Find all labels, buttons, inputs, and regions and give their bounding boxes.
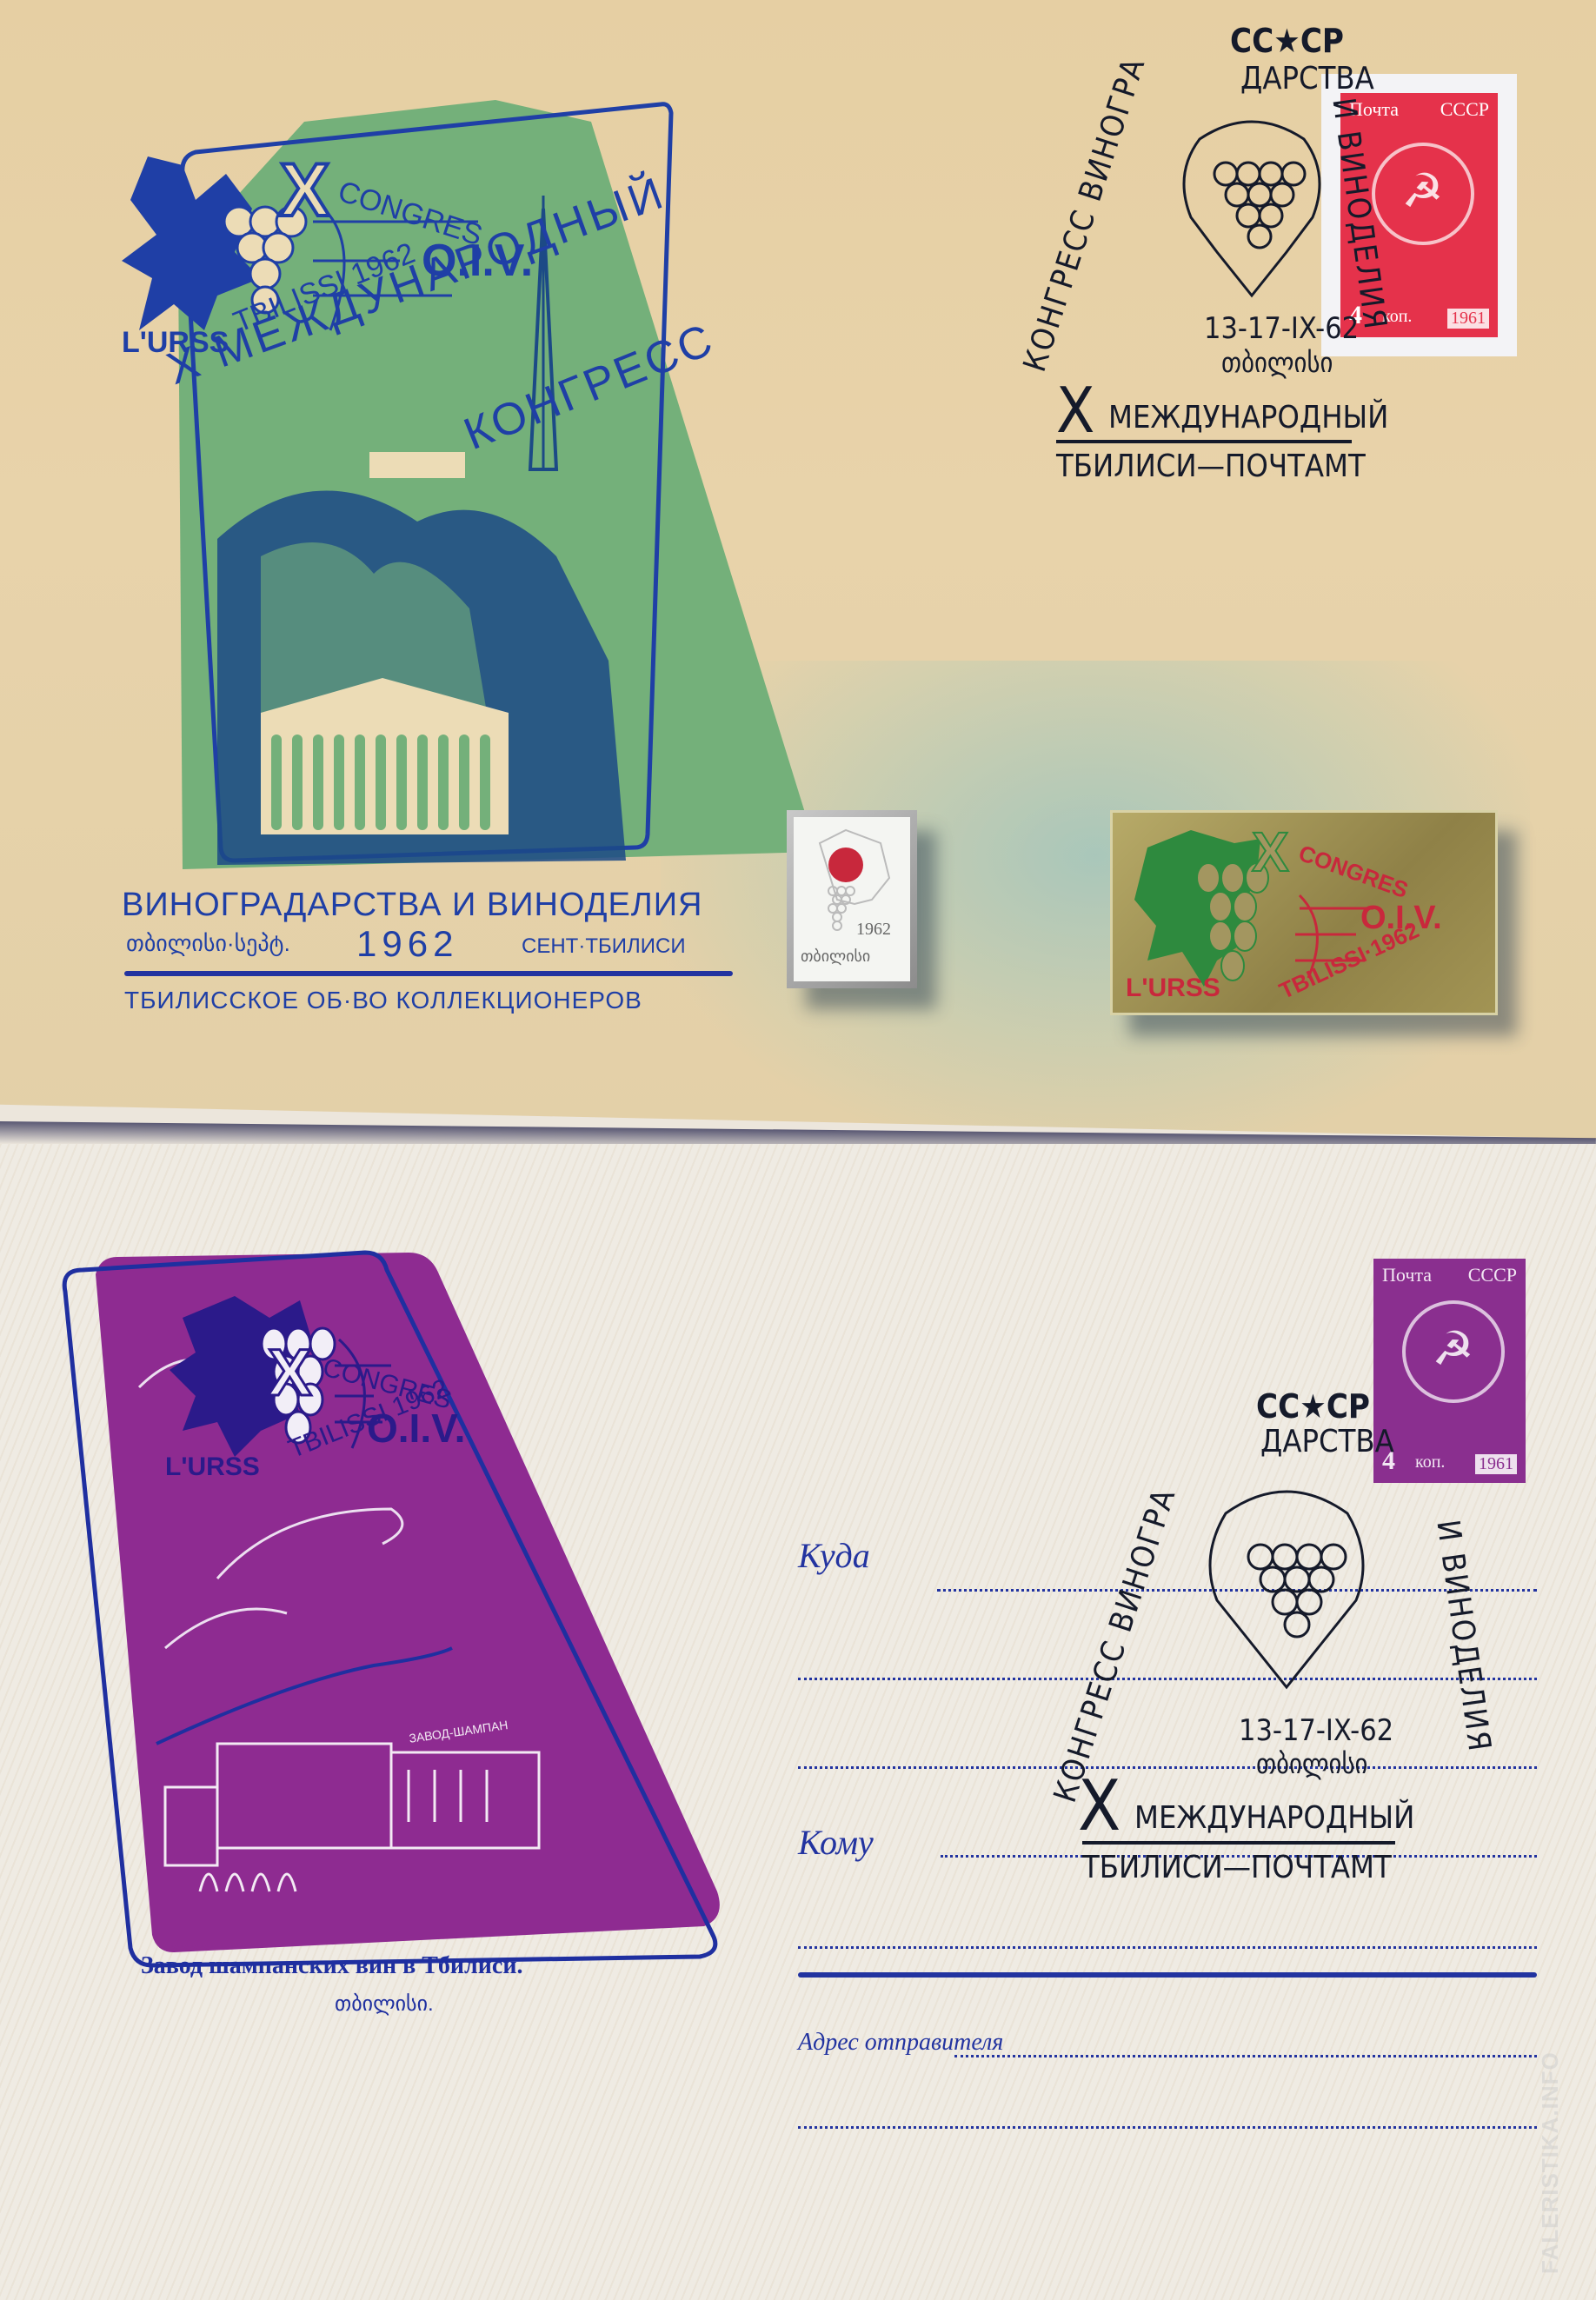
enamel-pin-small: 1962 თბილისი (787, 810, 917, 988)
cover-divider (124, 971, 733, 976)
postmark-rule (1082, 1841, 1395, 1845)
watermark: FALERISTIKA.INFO (1537, 2051, 1564, 2274)
postmark-arc-top: ДАРСТВА (1260, 1424, 1394, 1459)
enamel-pin-large: X CONGRES O.I.V. L'URSS TBILISSI·1962 (1110, 810, 1498, 1015)
pin-small-year: 1962 (856, 920, 891, 940)
postmark-country: СС★СР (1230, 22, 1344, 60)
bottom-envelope: X CONGRES O.I.V. L'URSS TBILISSI 1962 ЗА… (0, 1144, 1596, 2300)
postmark-top: СС★СР ДАРСТВА КОНГРЕСС ВИНОГРА И ВИНОДЕЛ… (1026, 0, 1460, 522)
logo-numeral: X (280, 148, 329, 234)
postmark-x: X (1078, 1765, 1121, 1846)
pin-large-country: L'URSS (1126, 974, 1220, 1003)
cover-date-right: СЕНТ·ТБИЛИСИ (522, 934, 686, 959)
pin-small-city: თბილისი (801, 947, 870, 966)
sender-address-line[interactable] (798, 2126, 1537, 2129)
grape-leaf-icon (1165, 104, 1339, 304)
label-to-where: Куда (798, 1535, 870, 1576)
cover-subtitle: ВИНОГРАДАРСТВА И ВИНОДЕЛИЯ (122, 887, 703, 924)
label-sender: Адрес отправителя (798, 2029, 1003, 2057)
top-envelope: X CONGRES O.I.V. L'URSS TBILISSI 1962 X … (0, 0, 1596, 1139)
logo-country: L'URSS (165, 1452, 260, 1482)
postmark-city-georgian: თბილისი (1256, 1747, 1367, 1780)
label-to-whom: Кому (798, 1822, 874, 1863)
cover-publisher: ТБИЛИССКОЕ ОБ·ВО КОЛЛЕКЦИОНЕРОВ (124, 987, 642, 1014)
postmark-line1: МЕЖДУНАРОДНЫЙ (1134, 1800, 1414, 1836)
sender-address-line[interactable] (954, 2055, 1537, 2057)
bottom-cover-illustration (0, 1144, 782, 2013)
postmark-country: СС★СР (1256, 1387, 1370, 1426)
postmark-bottom: СС★СР ДАРСТВА КОНГРЕСС ВИНОГРА И ВИНОДЕЛ… (1069, 1387, 1504, 1926)
postmark-x: X (1056, 374, 1094, 447)
stamp-header-left: Почта (1382, 1264, 1432, 1286)
cover-date-georgian: თბილისი·სეპტ. (126, 930, 290, 957)
postmark-line2: ТБИЛИСИ—ПОЧТАМТ (1082, 1850, 1392, 1885)
postmark-arc-left: КОНГРЕСС ВИНОГРА (1017, 53, 1153, 376)
grape-leaf-icon (1191, 1470, 1382, 1696)
cover-caption: Завод шампанских вин в Тбилиси. (141, 1952, 522, 1980)
logo-numeral: X (268, 1335, 312, 1411)
postmark-line2: ТБИЛИСИ—ПОЧТАМТ (1056, 449, 1366, 484)
postmark-line1: МЕЖДУНАРОДНЫЙ (1108, 400, 1388, 435)
postmark-arc-right: И ВИНОДЕЛИЯ (1429, 1518, 1497, 1755)
postmark-dates: 13-17-IX-62 (1239, 1713, 1393, 1748)
cover-date-year: 1962 (356, 923, 458, 965)
stamp-header-right: СССР (1468, 1264, 1517, 1286)
postmark-arc-left: КОНГРЕСС ВИНОГРА (1047, 1484, 1183, 1807)
postmark-dates: 13-17-IX-62 (1204, 311, 1359, 346)
postmark-rule (1056, 440, 1352, 443)
address-line[interactable] (798, 1946, 1537, 1949)
postmark-arc-top: ДАРСТВА (1240, 61, 1374, 96)
address-divider (798, 1972, 1537, 1978)
pin-large-numeral: X (1252, 820, 1289, 884)
postmark-city-georgian: თბილისი (1221, 346, 1333, 379)
cover-caption-georgian: თბილისი. (335, 1991, 434, 2017)
